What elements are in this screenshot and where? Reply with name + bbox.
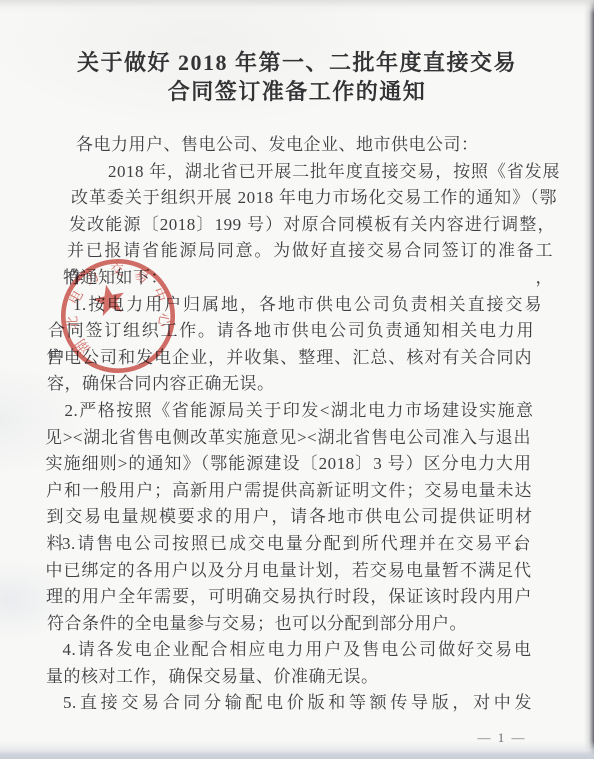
body-line: 并已报请省能源局同意。为做好直接交易合同签订的准备工作， (67, 238, 553, 265)
scanned-document-page: 关于做好 2018 年第一、二批年度直接交易 合同签订准备工作的通知 各电力用户… (0, 0, 594, 759)
body-line: 各电力用户、售电公司、发电企业、地市供电公司： (76, 132, 562, 159)
body-line: 2.严格按照《省能源局关于印发<湖北电力市场建设实施意 (48, 398, 534, 425)
body-line: 3.请售电公司按照已成交电量分配到所代理并在交易平台 (45, 531, 531, 558)
document-body: 各电力用户、售电公司、发电企业、地市供电公司：2018 年，湖北省已开展二批年度… (0, 132, 594, 717)
body-line: 户和一般用户；高新用户需提供高新证明文件；交易电量未达 (46, 478, 532, 505)
body-line: 改革委关于组织开展 2018 年电力市场化交易工作的通知》（鄂 (71, 185, 557, 212)
body-line: 实施细则>的通知》（鄂能源建设〔2018〕3 号）区分电力大用 (46, 451, 532, 478)
body-line: 见><湖北省售电侧改革实施意见><湖北省售电公司准入与退出 (45, 425, 531, 452)
document-title: 关于做好 2018 年第一、二批年度直接交易 合同签订准备工作的通知 (40, 48, 554, 106)
body-line: 2018 年，湖北省已开展二批年度直接交易，按照《省发展 (74, 159, 560, 186)
page-number: — 1 — (462, 730, 542, 746)
body-line: 4.请各发电企业配合相应电力用户及售电公司做好交易电 (46, 637, 532, 664)
body-line: 5.直接交易合同分输配电价版和等额传导版，对中发 (46, 690, 532, 717)
title-line-1: 关于做好 2018 年第一、二批年度直接交易 (40, 48, 554, 77)
body-line: 中已绑定的各用户以及分月电量计划，若交易电量暂不满足代 (46, 558, 532, 585)
body-line: 到交易电量规模要求的用户，请各地市供电公司提供证明材料。 (47, 504, 533, 531)
body-line: 1.按电力用户归属地，各地市供电公司负责相关直接交易 (56, 292, 542, 319)
body-line: 理的用户全年需要，可明确交易执行时段，保证该时段内用户 (46, 584, 532, 611)
body-line: 合同签订组织工作。请各地市供电公司负责通知相关电力用户、 (48, 318, 534, 345)
body-line: 量的核对工作，确保交易量、价准确无误。 (46, 664, 532, 691)
title-line-2: 合同签订准备工作的通知 (40, 77, 554, 106)
body-line: 售电公司和发电企业，并收集、整理、汇总、核对有关合同内 (46, 345, 532, 372)
body-line: 容，确保合同内容正确无误。 (47, 371, 533, 398)
body-line: 发改能源〔2018〕199 号）对原合同模板有关内容进行调整， (69, 212, 555, 239)
body-line: 符合条件的全电量参与交易；也可以分配到部分用户。 (47, 611, 533, 638)
